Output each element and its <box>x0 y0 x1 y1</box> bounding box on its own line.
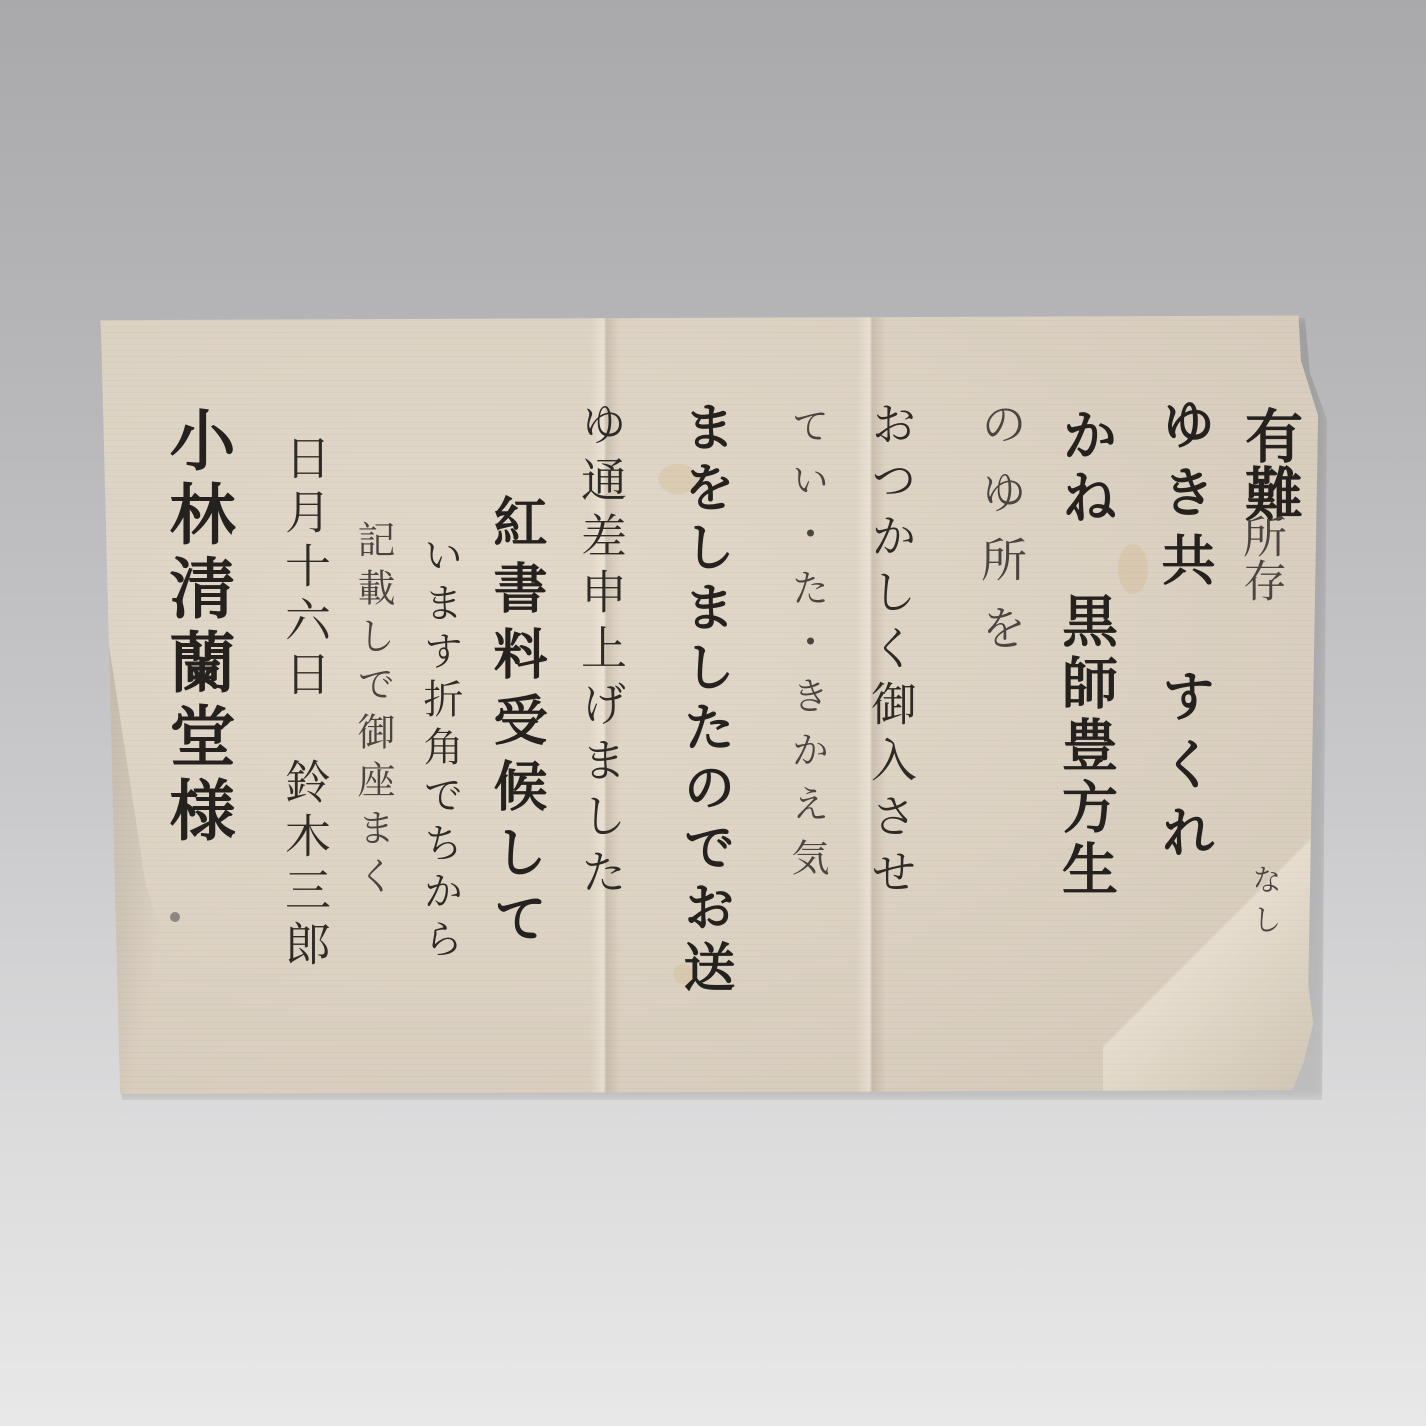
text-column-11: 紅書料受候して <box>490 494 544 956</box>
text-column-3: ゆき共 すくれ <box>1158 396 1212 872</box>
ink-dot <box>170 912 180 922</box>
letter-paper: 有難 所存 ゆき共 すくれ なし かね 黒師豊方生 のゆ所を おつかしく御入させ… <box>98 314 1323 1094</box>
text-column-12: います折角でちから <box>420 534 460 966</box>
text-column-2: 所存 <box>1238 514 1282 602</box>
text-column-8: てい・た・きかえ気 <box>788 406 826 892</box>
text-column-9: まをしましたのでお送 <box>678 400 730 1000</box>
age-stain <box>1118 544 1148 594</box>
text-column-1: 有難 <box>1240 406 1298 522</box>
text-column-10: ゆ通差申上げました <box>578 400 624 904</box>
text-column-13: 記載しで御座まく <box>354 520 392 904</box>
text-column-4: なし <box>1248 864 1278 944</box>
text-column-7: おつかしく御入させ <box>868 400 914 904</box>
text-column-5: かね 黒師豊方生 <box>1058 406 1114 902</box>
text-column-14: 日月十六日 鈴木三郎 <box>282 434 328 974</box>
text-column-15-addressee: 小林清蘭堂様 <box>164 406 230 850</box>
text-column-6: のゆ所を <box>978 400 1024 672</box>
photo-stage: 有難 所存 ゆき共 すくれ なし かね 黒師豊方生 のゆ所を おつかしく御入させ… <box>0 0 1426 1426</box>
